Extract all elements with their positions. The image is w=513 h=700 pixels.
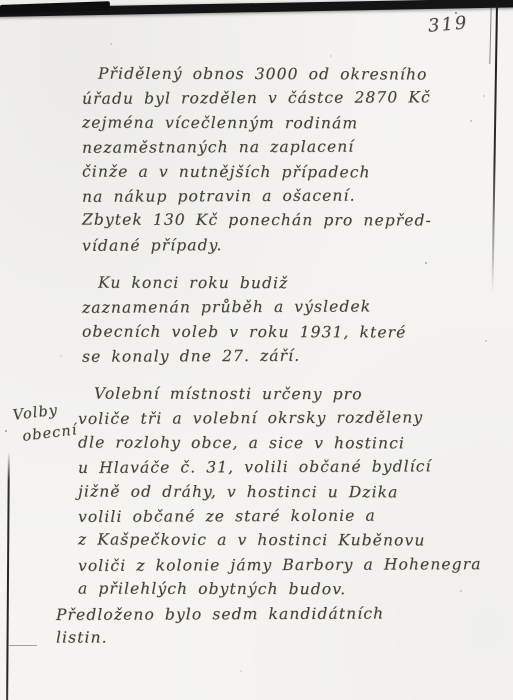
scanned-page: 319 Volby obecní Přidělený obnos 3000 od…: [0, 0, 513, 700]
handwritten-line: Volební místnosti určeny pro: [78, 381, 482, 406]
handwritten-line: zejména vícečlenným rodinám: [82, 110, 432, 135]
handwritten-line: Přidělený obnos 3000 od okresního: [82, 62, 432, 87]
handwritten-line: se konaly dne 27. září.: [82, 343, 407, 369]
handwritten-line: zaznamenán průběh a výsledek: [82, 295, 407, 321]
handwritten-line: voliči z kolonie jámy Barbory a Hohenegr…: [78, 552, 482, 578]
handwritten-line: Předloženo bylo sedm kandidátních: [56, 601, 482, 627]
paper-specks: [0, 0, 2, 2]
handwritten-line: Zbytek 130 Kč ponechán pro nepřed-: [82, 208, 432, 233]
handwritten-line: a přilehlých obytných budov.: [78, 577, 482, 602]
paragraph-polling-places: Volební místnosti určeny pro voliče tři …: [78, 382, 482, 650]
handwritten-line: nezaměstnaných na zaplacení: [82, 134, 432, 160]
handwritten-line: u Hlaváče č. 31, volili občané bydlící: [78, 454, 482, 480]
handwritten-line: listin.: [56, 625, 482, 651]
handwritten-line: vídané případy.: [82, 232, 432, 258]
handwritten-line: dle rozlohy obce, a sice v hostinci: [78, 430, 482, 455]
paragraph-elections-intro: Ku konci roku budiž zaznamenán průběh a …: [82, 271, 406, 369]
handwritten-line: úřadu byl rozdělen v částce 2870 Kč: [82, 86, 432, 112]
page-number: 319: [427, 12, 469, 36]
handwritten-line: voliče tři a volební okrsky rozděleny: [78, 406, 482, 432]
paragraph-allocation: Přidělený obnos 3000 od okresního úřadu …: [82, 62, 432, 257]
scan-artifact-right-inner-edge: [489, 6, 491, 64]
margin-note: Volby obecní: [12, 397, 79, 448]
scan-artifact-left-tick: [9, 645, 37, 646]
scan-artifact-left-edge: [6, 452, 10, 700]
handwritten-line: obecních voleb v roku 1931, které: [82, 319, 406, 344]
handwritten-line: volili občané ze staré kolonie a: [78, 503, 482, 529]
handwritten-line: činže a v nutnějších případech: [82, 159, 432, 184]
handwritten-line: Ku konci roku budiž: [82, 271, 406, 296]
handwritten-line: na nákup potravin a ošacení.: [82, 183, 432, 209]
handwritten-line: jižně od dráhy, v hostinci u Dzika: [78, 479, 482, 504]
scan-artifact-right-edge: [491, 4, 498, 294]
handwritten-line: z Kašpečkovic a v hostinci Kuběnovu: [78, 528, 482, 553]
